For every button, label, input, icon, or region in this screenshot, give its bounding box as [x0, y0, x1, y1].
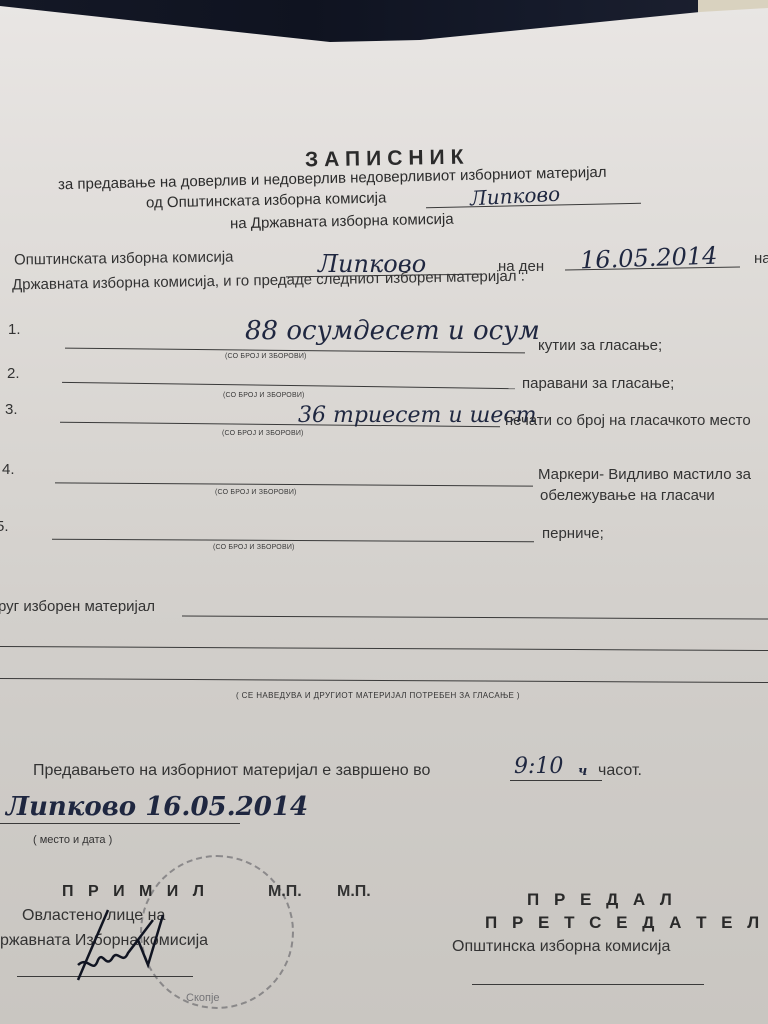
other-material-line-1	[182, 615, 768, 619]
completion-prefix: Предавањето на изборниот материјал е зав…	[33, 762, 430, 780]
item-3-label: печати со број на гласачкото место	[505, 412, 751, 429]
stamp-place-label-1: М.П.	[268, 883, 302, 901]
stamp-place-label-2: М.П.	[337, 883, 371, 901]
item-4-label: Маркери- Видливо мастило за	[538, 466, 751, 483]
item-2-number: 2.	[7, 365, 20, 382]
item-3-hint: (СО БРОЈ И ЗБОРОВИ)	[222, 430, 304, 437]
item-3-number: 3.	[5, 401, 18, 418]
item-5-hint: (СО БРОЈ И ЗБОРОВИ)	[213, 544, 295, 551]
intro-date-handwritten[interactable]: 16.05.2014	[580, 242, 718, 275]
item-1-value-handwritten[interactable]: 88 осумдесет и осум	[245, 316, 540, 346]
item-3-value-handwritten[interactable]: 36 триесет и шест	[298, 403, 537, 428]
item-1-label: кутии за гласање;	[538, 337, 662, 354]
other-material-line-2	[0, 646, 768, 651]
item-5-fill-line	[52, 539, 534, 543]
item-4-hint: (СО БРОЈ И ЗБОРОВИ)	[215, 489, 297, 496]
signature-mark	[68, 905, 178, 985]
stamp-text: Скопје	[186, 992, 220, 1004]
handed-org: Општинска изборна комисија	[452, 938, 670, 956]
item-1-number: 1.	[8, 321, 21, 338]
item-5-number: 5.	[0, 518, 9, 535]
other-material-note: ( СЕ НАВЕДУВА И ДРУГИОТ МАТЕРИЈАЛ ПОТРЕБ…	[236, 691, 520, 700]
place-date-label: ( место и дата )	[33, 834, 112, 846]
item-4-label-line-2: обележување на гласачи	[540, 487, 715, 504]
item-5-label: перниче;	[542, 525, 604, 542]
completion-suffix: часот.	[598, 762, 642, 780]
item-2-label: паравани за гласање;	[522, 375, 674, 392]
item-2-hint: (СО БРОЈ И ЗБОРОВИ)	[223, 392, 305, 399]
item-4-fill-line	[55, 482, 533, 486]
place-date-handwritten[interactable]: Липково 16.05.2014	[6, 792, 308, 822]
intro-prefix: Општинската изборна комисија	[14, 248, 234, 268]
item-4-number: 4.	[2, 461, 15, 478]
handed-title: П Р Е Д А Л	[527, 890, 677, 910]
subtitle-municipality-handwritten[interactable]: Липково	[469, 182, 560, 211]
other-material-line-3	[0, 678, 768, 683]
item-2-fill-line	[62, 382, 515, 389]
handed-signature-line	[472, 984, 704, 985]
completion-time-handwritten[interactable]: 9:10	[514, 754, 563, 779]
intro-line-2: Државната изборна комисија, и го предаде…	[12, 268, 525, 294]
document-sheet: ЗАПИСНИК за предавање на доверлив и недо…	[0, 0, 768, 1024]
intro-suffix: на	[754, 250, 768, 267]
subtitle-line-3: на Државната изборна комисија	[230, 211, 454, 233]
received-title: П Р И М И Л	[62, 883, 209, 901]
handed-role: П Р Е Т С Е Д А Т Е Л	[485, 913, 764, 933]
subtitle-line-2: од Општинската изборна комисија	[146, 189, 387, 211]
other-material-label: руг изборен материјал	[0, 598, 155, 615]
place-date-line	[0, 823, 240, 824]
item-1-hint: (СО БРОЈ И ЗБОРОВИ)	[225, 353, 307, 360]
completion-suffix-handwritten: ч	[578, 764, 587, 779]
completion-time-line	[510, 780, 602, 781]
